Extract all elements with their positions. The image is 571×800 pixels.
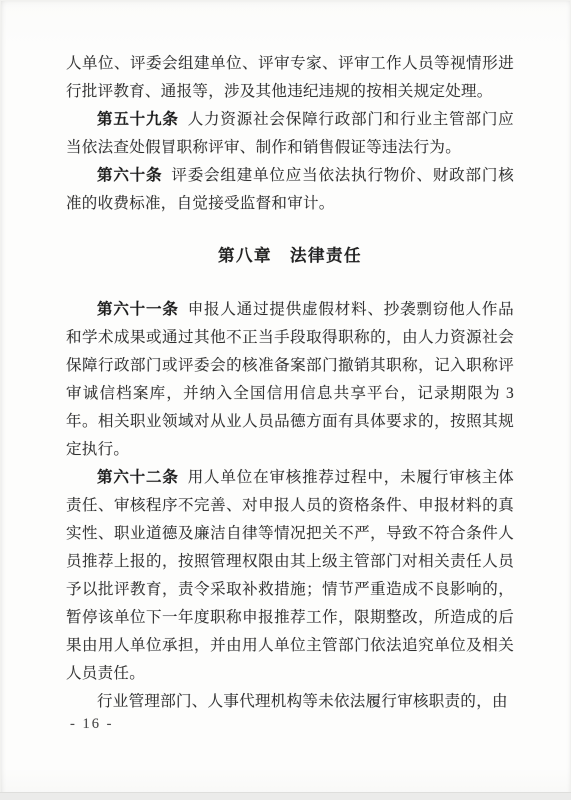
scan-bottom-edge xyxy=(0,792,571,800)
article-59-number: 第五十九条 xyxy=(97,111,179,128)
paragraph-text: 用人单位在审核推荐过程中，未履行审核主体责任、审核程序不完善、对申报人员的资格条… xyxy=(66,469,514,682)
paragraph-carryover: 行业管理部门、人事代理机构等未依法履行审核职责的，由 xyxy=(66,688,514,716)
scanned-document-page: 人单位、评委会组建单位、评审专家、评审工作人员等视情形进行批评教育、通报等，涉及… xyxy=(0,0,571,800)
paragraph-continuation: 人单位、评委会组建单位、评审专家、评审工作人员等视情形进行批评教育、通报等，涉及… xyxy=(66,50,514,106)
article-62-paragraph: 第六十二条用人单位在审核推荐过程中，未履行审核主体责任、审核程序不完善、对申报人… xyxy=(66,464,514,688)
article-62-number: 第六十二条 xyxy=(97,469,179,486)
article-59-paragraph: 第五十九条人力资源社会保障行政部门和行业主管部门应当依法查处假冒职称评审、制作和… xyxy=(66,106,514,162)
article-61-paragraph: 第六十一条申报人通过提供虚假材料、抄袭剽窃他人作品和学术成果或通过其他不正当手段… xyxy=(66,296,514,464)
article-61-number: 第六十一条 xyxy=(97,301,179,318)
page-number: - 16 - xyxy=(70,714,113,734)
article-60-paragraph: 第六十条评委会组建单位应当依法执行物价、财政部门核准的收费标准，自觉接受监督和审… xyxy=(66,162,514,218)
paragraph-text: 申报人通过提供虚假材料、抄袭剽窃他人作品和学术成果或通过其他不正当手段取得职称的… xyxy=(66,301,514,458)
article-60-number: 第六十条 xyxy=(97,167,162,184)
paragraph-text: 人单位、评委会组建单位、评审专家、评审工作人员等视情形进行批评教育、通报等，涉及… xyxy=(66,55,514,100)
paragraph-text: 行业管理部门、人事代理机构等未依法履行审核职责的，由 xyxy=(97,693,508,710)
chapter-heading: 第八章 法律责任 xyxy=(66,242,514,270)
document-body: 人单位、评委会组建单位、评审专家、评审工作人员等视情形进行批评教育、通报等，涉及… xyxy=(66,50,514,716)
